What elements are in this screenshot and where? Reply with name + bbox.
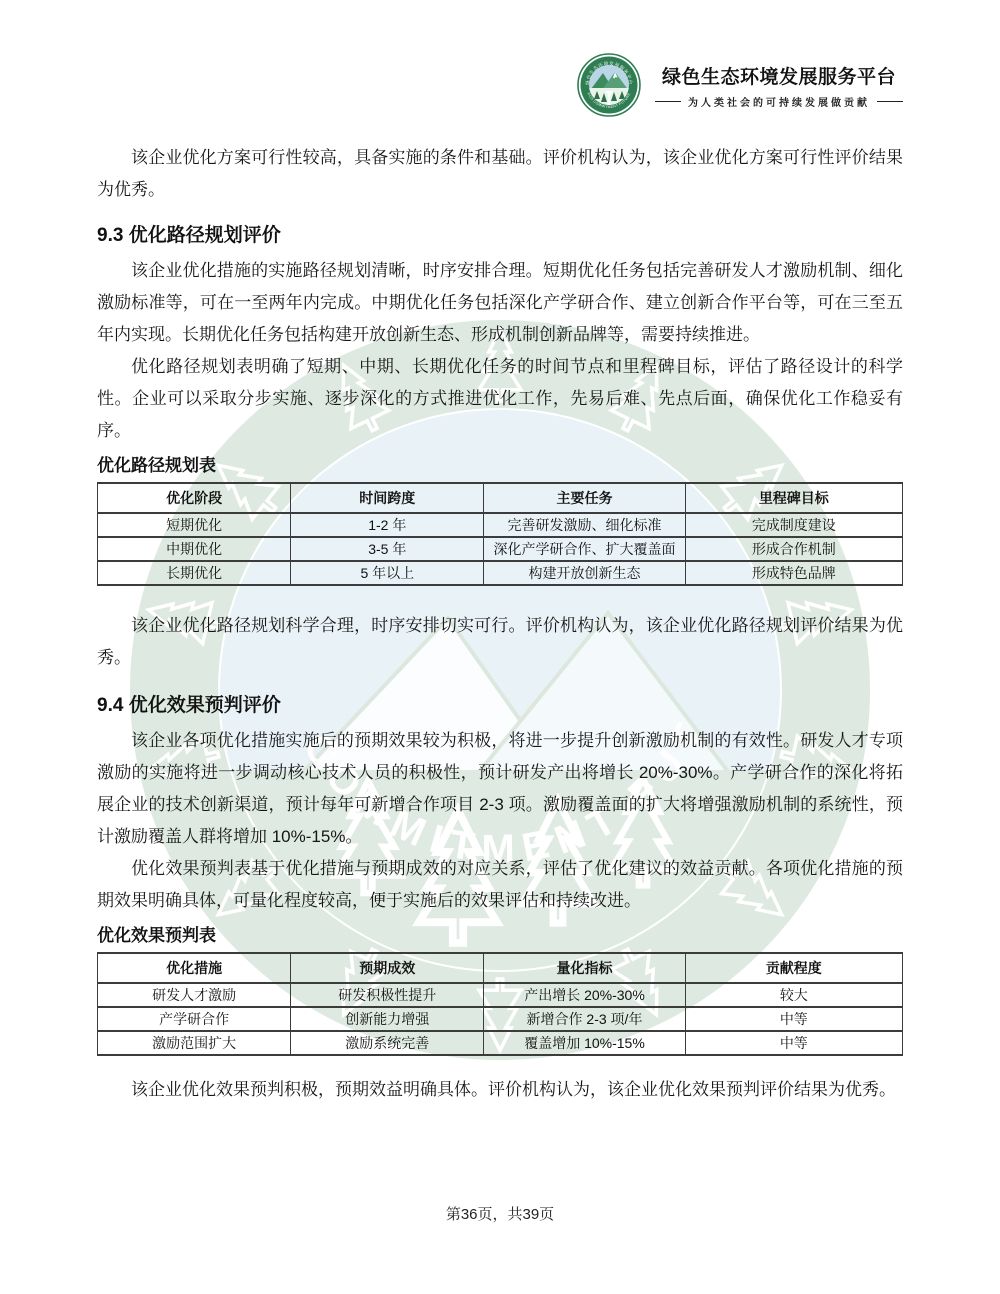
paragraph-9-3-analysis: 优化路径规划表明确了短期、中期、长期优化任务的时间节点和里程碑目标，评估了路径设… <box>97 351 903 447</box>
table-cell: 覆盖增加 10%-15% <box>484 1031 685 1055</box>
table-cell: 完成制度建设 <box>685 513 902 537</box>
paragraph-9-4-analysis: 优化效果预判表基于优化措施与预期成效的对应关系，评估了优化建议的效益贡献。各项优… <box>97 853 903 917</box>
table-cell: 短期优化 <box>98 513 291 537</box>
table-cell: 5 年以上 <box>291 561 484 585</box>
table-row: 研发人才激励研发积极性提升产出增长 20%-30%较大 <box>98 983 903 1007</box>
table-row: 长期优化5 年以上构建开放创新生态形成特色品牌 <box>98 561 903 585</box>
table-cell: 形成合作机制 <box>685 537 902 561</box>
table-header-cell: 优化措施 <box>98 953 291 983</box>
table-cell: 研发人才激励 <box>98 983 291 1007</box>
table-cell: 完善研发激励、细化标准 <box>484 513 685 537</box>
brand-block: 绿色生态环境发展服务平台 为人类社会的可持续发展做贡献 <box>655 62 903 109</box>
table-title-effect-forecast: 优化效果预判表 <box>97 921 903 946</box>
table-cell: 中等 <box>685 1031 902 1055</box>
paragraph-feasibility-conclusion: 该企业优化方案可行性较高，具备实施的条件和基础。评价机构认为，该企业优化方案可行… <box>97 142 903 206</box>
table-title-path-planning: 优化路径规划表 <box>97 451 903 476</box>
table-cell: 形成特色品牌 <box>685 561 902 585</box>
table-cell: 中等 <box>685 1007 902 1031</box>
section-heading-9-4: 9.4 优化效果预判评价 <box>97 690 903 717</box>
table-header-cell: 里程碑目标 <box>685 483 902 513</box>
effect-forecast-table: 优化措施预期成效量化指标贡献程度研发人才激励研发积极性提升产出增长 20%-30… <box>97 952 903 1056</box>
table-header-cell: 贡献程度 <box>685 953 902 983</box>
table-cell: 研发积极性提升 <box>291 983 484 1007</box>
platform-name: 绿色生态环境发展服务平台 <box>662 62 896 89</box>
table-cell: 中期优化 <box>98 537 291 561</box>
table-cell: 深化产学研合作、扩大覆盖面 <box>484 537 685 561</box>
paragraph-9-3-overview: 该企业优化措施的实施路径规划清晰，时序安排合理。短期优化任务包括完善研发人才激励… <box>97 255 903 351</box>
table-cell: 构建开放创新生态 <box>484 561 685 585</box>
table-cell: 长期优化 <box>98 561 291 585</box>
table-cell: 3-5 年 <box>291 537 484 561</box>
paragraph-9-3-conclusion: 该企业优化路径规划科学合理，时序安排切实可行。评价机构认为，该企业优化路径规划评… <box>97 610 903 674</box>
tagline-dash-left <box>655 101 681 102</box>
table-row: 产学研合作创新能力增强新增合作 2-3 项/年中等 <box>98 1007 903 1031</box>
table-header-cell: 主要任务 <box>484 483 685 513</box>
path-planning-table: 优化阶段时间跨度主要任务里程碑目标短期优化1-2 年完善研发激励、细化标准完成制… <box>97 482 903 586</box>
table-cell: 1-2 年 <box>291 513 484 537</box>
table-header-row: 优化阶段时间跨度主要任务里程碑目标 <box>98 483 903 513</box>
paragraph-9-4-conclusion: 该企业优化效果预判积极，预期效益明确具体。评价机构认为，该企业优化效果预判评价结… <box>97 1074 903 1106</box>
platform-tagline: 为人类社会的可持续发展做贡献 <box>655 94 903 109</box>
document-page: ECO COMMITMENT FUTURE <box>0 0 1000 1294</box>
table-header-cell: 优化阶段 <box>98 483 291 513</box>
tagline-dash-right <box>877 101 903 102</box>
page-number: 第36页，共39页 <box>0 1203 1000 1224</box>
table-row: 短期优化1-2 年完善研发激励、细化标准完成制度建设 <box>98 513 903 537</box>
table-cell: 产出增长 20%-30% <box>484 983 685 1007</box>
table-cell: 激励范围扩大 <box>98 1031 291 1055</box>
table-cell: 创新能力增强 <box>291 1007 484 1031</box>
page-header: 绿色生态环境发展服务平台 ECO COMMITMENT FUTURE 绿色生态环… <box>97 52 903 118</box>
table-row: 中期优化3-5 年深化产学研合作、扩大覆盖面形成合作机制 <box>98 537 903 561</box>
table-header-cell: 预期成效 <box>291 953 484 983</box>
table-header-row: 优化措施预期成效量化指标贡献程度 <box>98 953 903 983</box>
tagline-text: 为人类社会的可持续发展做贡献 <box>688 94 870 109</box>
table-cell: 新增合作 2-3 项/年 <box>484 1007 685 1031</box>
table-header-cell: 量化指标 <box>484 953 685 983</box>
page-content: 绿色生态环境发展服务平台 ECO COMMITMENT FUTURE 绿色生态环… <box>0 52 1000 1106</box>
table-cell: 产学研合作 <box>98 1007 291 1031</box>
table-row: 激励范围扩大激励系统完善覆盖增加 10%-15%中等 <box>98 1031 903 1055</box>
table-cell: 激励系统完善 <box>291 1031 484 1055</box>
section-heading-9-3: 9.3 优化路径规划评价 <box>97 220 903 247</box>
table-cell: 较大 <box>685 983 902 1007</box>
platform-logo: 绿色生态环境发展服务平台 ECO COMMITMENT FUTURE <box>577 53 641 117</box>
paragraph-9-4-overview: 该企业各项优化措施实施后的预期效果较为积极，将进一步提升创新激励机制的有效性。研… <box>97 725 903 853</box>
table-header-cell: 时间跨度 <box>291 483 484 513</box>
